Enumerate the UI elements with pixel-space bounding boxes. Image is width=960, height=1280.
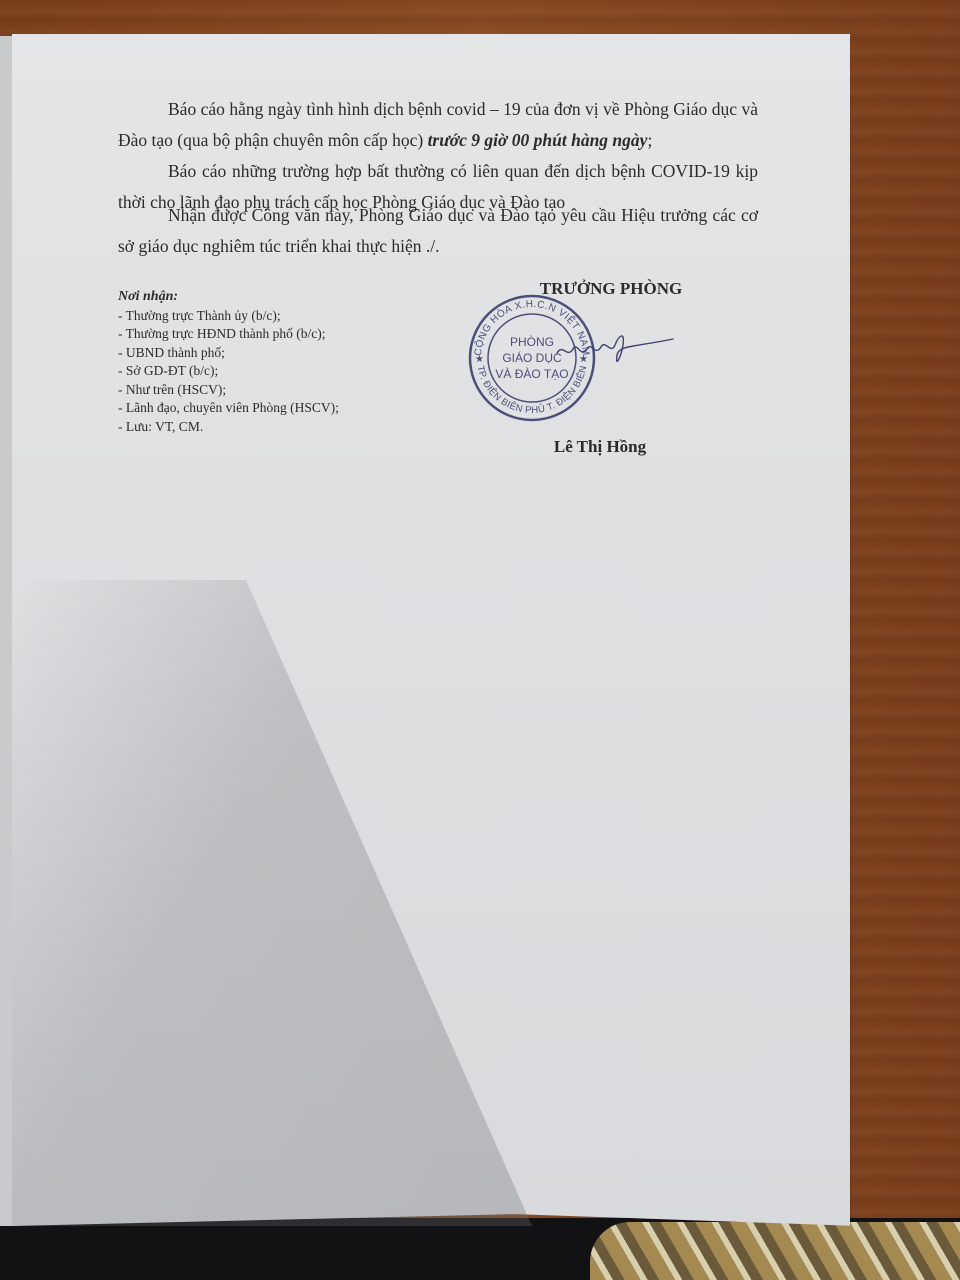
svg-text:★: ★: [475, 354, 484, 365]
recipient-item: - Lưu: VT, CM.: [118, 418, 418, 437]
paragraph-text-end: ;: [647, 130, 652, 150]
recipient-item: - UBND thành phố;: [118, 344, 418, 363]
recipient-item: - Như trên (HSCV);: [118, 381, 418, 400]
deadline-emphasis: trước 9 giờ 00 phút hàng ngày: [428, 130, 648, 150]
recipients-block: Nơi nhận: - Thường trực Thành ủy (b/c); …: [118, 288, 418, 436]
paragraph-directive: Nhận được Công văn này, Phòng Giáo dục v…: [118, 200, 758, 262]
handwritten-signature-icon: [555, 325, 675, 375]
recipient-item: - Thường trực Thành ủy (b/c);: [118, 307, 418, 326]
recipients-list: - Thường trực Thành ủy (b/c); - Thường t…: [118, 307, 418, 437]
signer-name: Lê Thị Hồng: [500, 437, 700, 457]
svg-text:PHÒNG: PHÒNG: [510, 334, 554, 349]
svg-text:GIÁO DỤC: GIÁO DỤC: [502, 350, 562, 365]
recipients-heading: Nơi nhận:: [118, 288, 418, 307]
paragraph-text: Nhận được Công văn này, Phòng Giáo dục v…: [118, 205, 758, 256]
document-content: Báo cáo hằng ngày tình hình dịch bệnh co…: [0, 0, 960, 1280]
paragraph-daily-report: Báo cáo hằng ngày tình hình dịch bệnh co…: [118, 94, 758, 156]
recipient-item: - Thường trực HĐND thành phố (b/c);: [118, 325, 418, 344]
recipient-item: - Lãnh đạo, chuyên viên Phòng (HSCV);: [118, 399, 418, 418]
recipient-item: - Sở GD-ĐT (b/c);: [118, 362, 418, 381]
